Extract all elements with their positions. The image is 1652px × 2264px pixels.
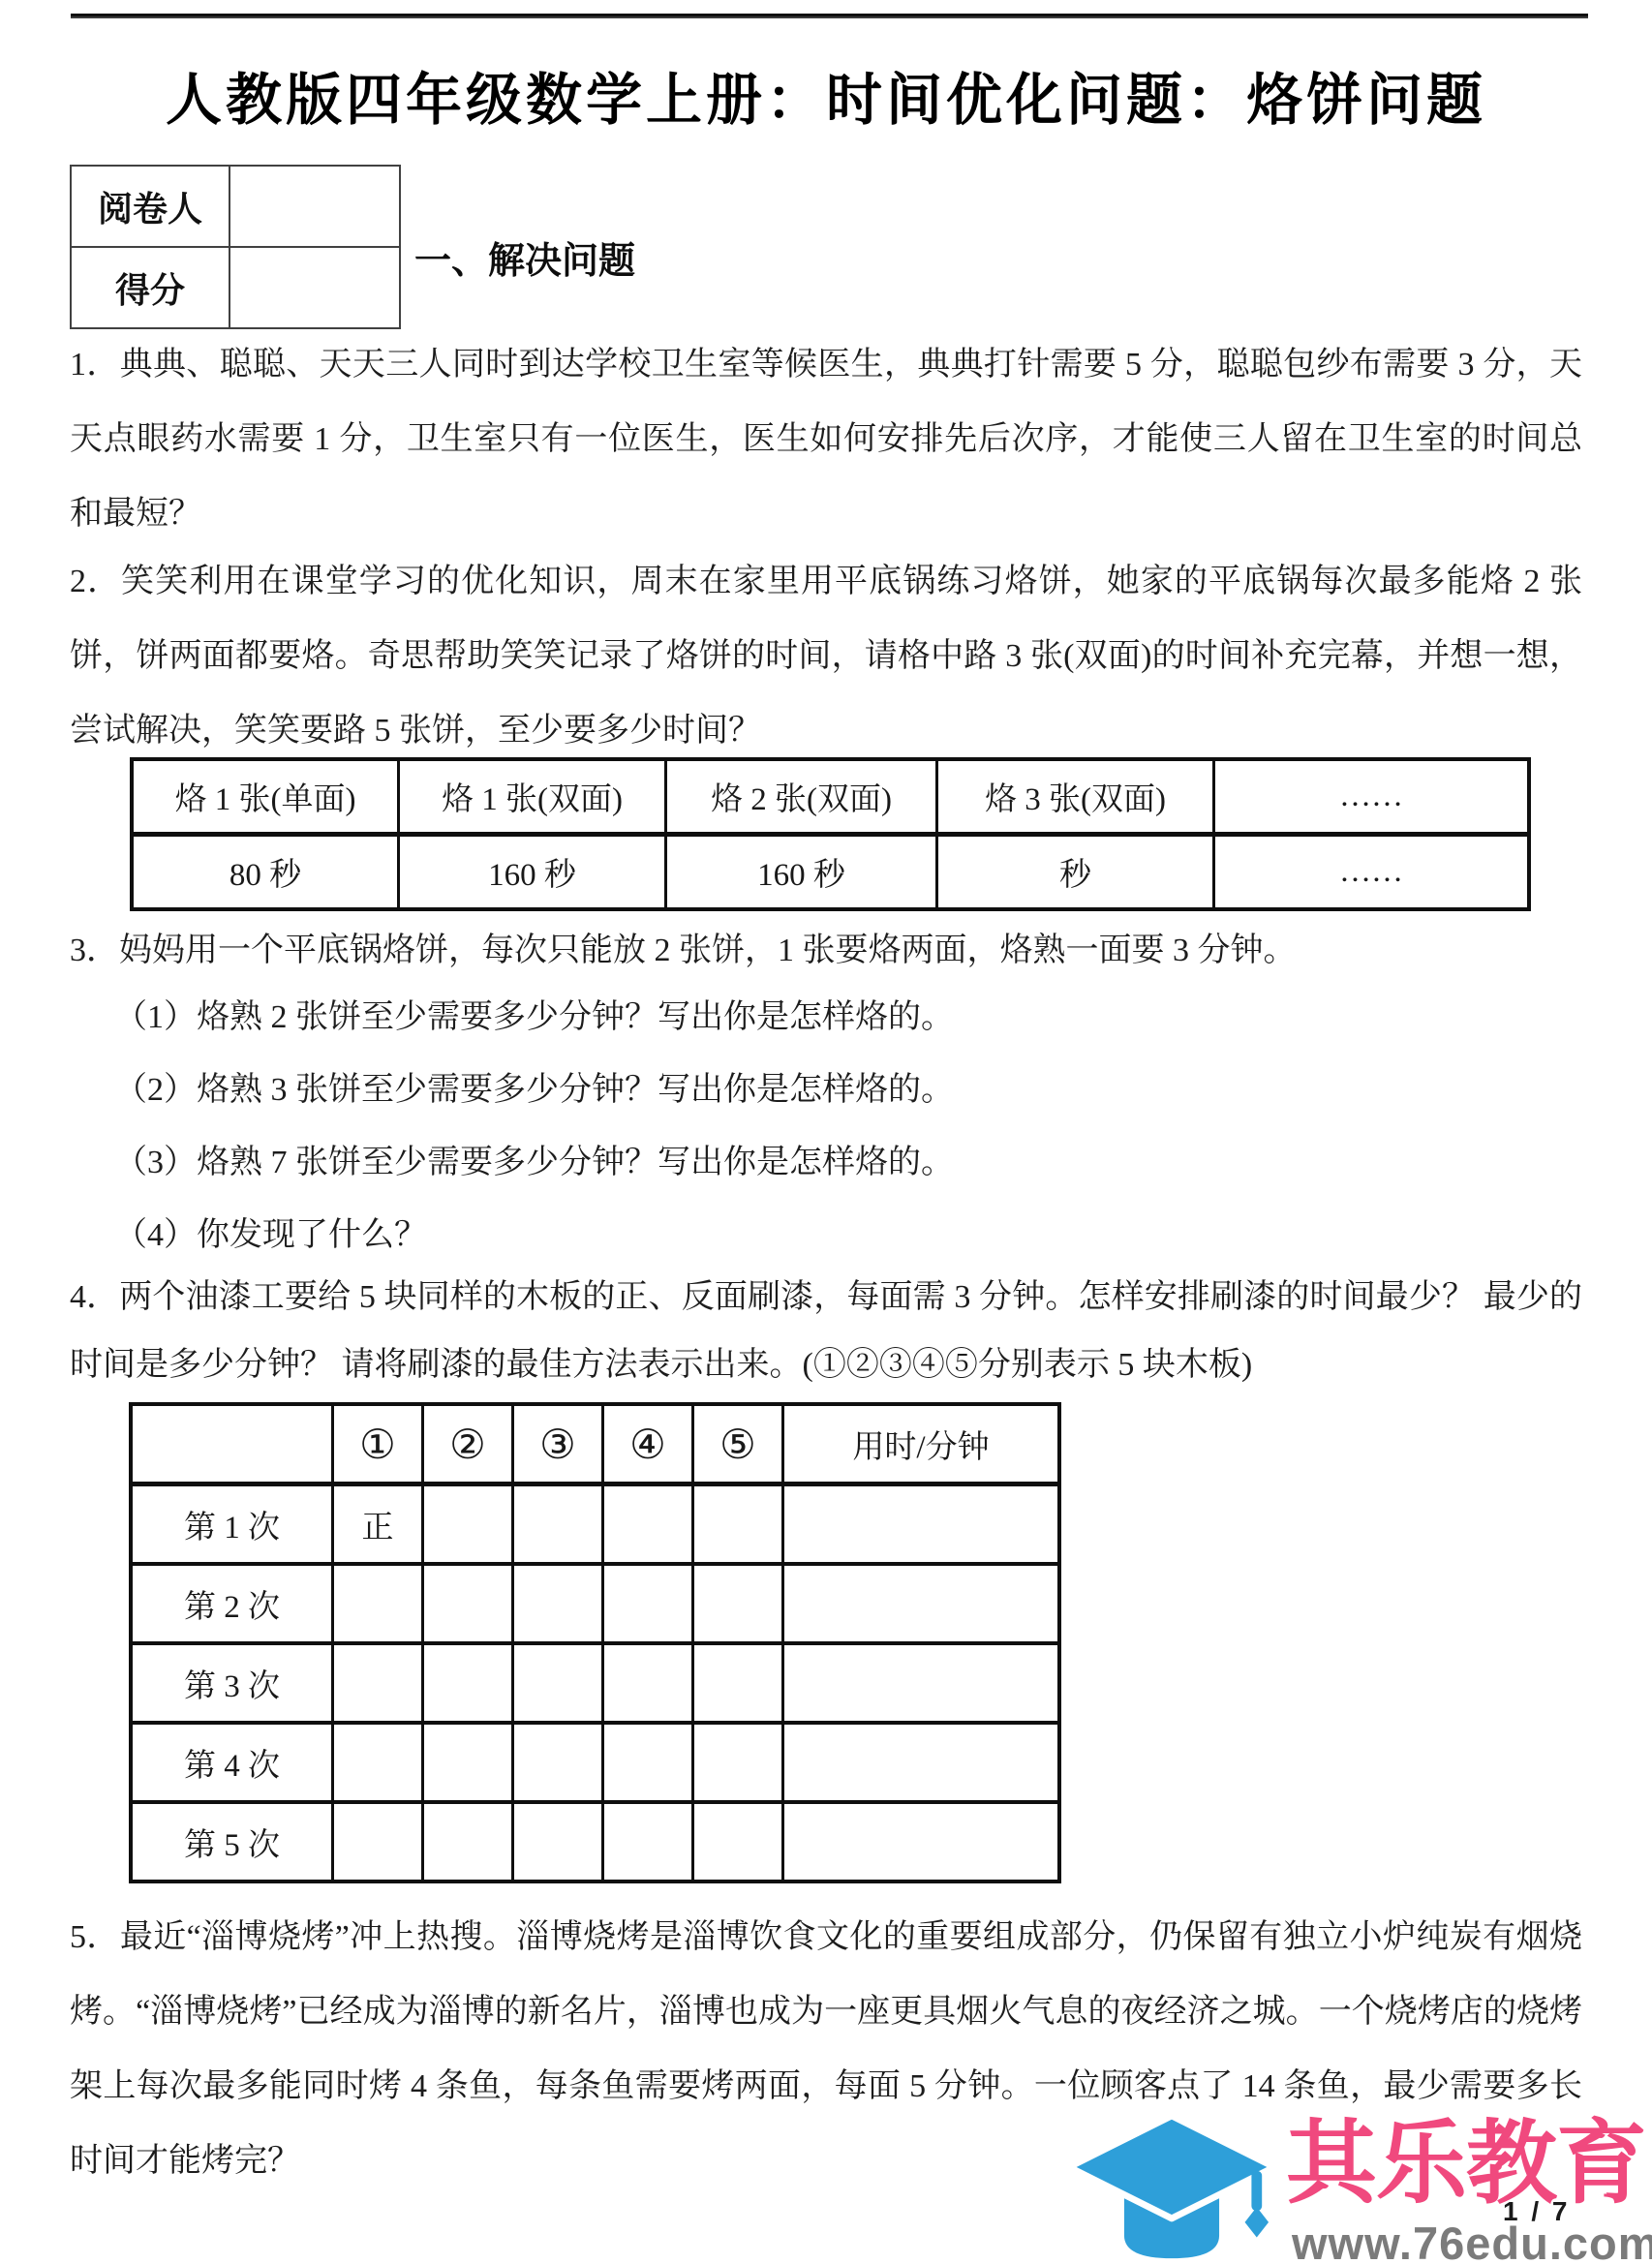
- paint-cell: [783, 1643, 1060, 1723]
- question-3-item: （2）烙熟 3 张饼至少需要多少分钟？写出你是怎样烙的。: [114, 1054, 1567, 1126]
- paint-row-label: 第 3 次: [131, 1643, 333, 1723]
- paint-row-3: 第 3 次: [131, 1643, 1059, 1723]
- paint-cell: [693, 1564, 783, 1643]
- paint-plan-table: ① ② ③ ④ ⑤ 用时/分钟 第 1 次 正 第 2 次 第 3 次: [129, 1402, 1061, 1883]
- question-3-item: （3）烙熟 7 张饼至少需要多少分钟？写出你是怎样烙的。: [114, 1126, 1567, 1199]
- question-1: 1．典典、聪聪、天天三人同时到达学校卫生室等候医生，典典打针需要 5 分，聪聪包…: [70, 327, 1582, 551]
- score-label-score: 得分: [71, 247, 229, 328]
- paint-cell: [333, 1723, 423, 1802]
- brand-name: 其乐教育: [1286, 2114, 1652, 2213]
- question-3-items: （1）烙熟 2 张饼至少需要多少分钟？写出你是怎样烙的。 （2）烙熟 3 张饼至…: [114, 981, 1567, 1271]
- brand-url: www.76edu.com: [1292, 2220, 1652, 2264]
- paint-cell: [783, 1484, 1060, 1565]
- pancake-value-cell: 80 秒: [132, 835, 399, 910]
- pancake-value-cell-blank: 秒: [937, 835, 1214, 910]
- paint-cell: 正: [333, 1484, 423, 1565]
- paint-cell: [603, 1723, 693, 1802]
- paint-row-5: 第 5 次: [131, 1802, 1059, 1882]
- paint-row-4: 第 4 次: [131, 1723, 1059, 1802]
- paint-cell: [513, 1723, 603, 1802]
- paint-cell: [603, 1564, 693, 1643]
- worksheet-page: 人教版四年级数学上册：时间优化问题：烙饼问题 阅卷人 得分 一、解决问题 1．典…: [0, 0, 1652, 2264]
- score-row: 阅卷人: [71, 166, 400, 247]
- paint-cell: [603, 1643, 693, 1723]
- page-title: 人教版四年级数学上册：时间优化问题：烙饼问题: [0, 54, 1652, 136]
- paint-row-2: 第 2 次: [131, 1564, 1059, 1643]
- pancake-header-cell: 烙 2 张(双面): [666, 759, 937, 835]
- paint-cell: [783, 1802, 1060, 1882]
- paint-col-header: ①: [333, 1404, 423, 1484]
- paint-corner-cell: [131, 1404, 333, 1484]
- paint-col-header: ⑤: [693, 1404, 783, 1484]
- question-3-item: （4）你发现了什么？: [114, 1199, 1567, 1271]
- paint-cell: [693, 1723, 783, 1802]
- question-4: 4．两个油漆工要给 5 块同样的木板的正、反面刷漆，每面需 3 分钟。怎样安排刷…: [70, 1264, 1582, 1399]
- paint-row-1: 第 1 次 正: [131, 1484, 1059, 1565]
- pancake-header-cell: 烙 1 张(双面): [399, 759, 666, 835]
- paint-header-row: ① ② ③ ④ ⑤ 用时/分钟: [131, 1404, 1059, 1484]
- pancake-value-row: 80 秒 160 秒 160 秒 秒 ……: [132, 835, 1529, 910]
- paint-cell: [603, 1484, 693, 1565]
- paint-row-label: 第 1 次: [131, 1484, 333, 1565]
- top-rule: [71, 14, 1588, 18]
- question-3-item: （1）烙熟 2 张饼至少需要多少分钟？写出你是怎样烙的。: [114, 981, 1567, 1054]
- paint-cell: [693, 1484, 783, 1565]
- score-row: 得分: [71, 247, 400, 328]
- paint-cell: [423, 1484, 513, 1565]
- pancake-value-cell: ……: [1214, 835, 1530, 910]
- pancake-header-cell: ……: [1214, 759, 1530, 835]
- pancake-header-cell: 烙 3 张(双面): [937, 759, 1214, 835]
- paint-cell: [513, 1564, 603, 1643]
- score-label-grader: 阅卷人: [71, 166, 229, 247]
- paint-cell: [333, 1643, 423, 1723]
- paint-cell: [333, 1802, 423, 1882]
- paint-cell: [783, 1564, 1060, 1643]
- pancake-time-table: 烙 1 张(单面) 烙 1 张(双面) 烙 2 张(双面) 烙 3 张(双面) …: [130, 757, 1531, 911]
- paint-row-label: 第 5 次: [131, 1802, 333, 1882]
- question-3-stem: 3．妈妈用一个平底锅烙饼，每次只能放 2 张饼，1 张要烙两面，烙熟一面要 3 …: [70, 913, 1582, 988]
- paint-cell: [423, 1564, 513, 1643]
- paint-cell: [603, 1802, 693, 1882]
- paint-cell: [693, 1643, 783, 1723]
- paint-cell: [693, 1802, 783, 1882]
- pancake-header-row: 烙 1 张(单面) 烙 1 张(双面) 烙 2 张(双面) 烙 3 张(双面) …: [132, 759, 1529, 835]
- score-table: 阅卷人 得分: [70, 165, 401, 329]
- paint-cell: [513, 1802, 603, 1882]
- paint-col-header: ④: [603, 1404, 693, 1484]
- paint-cell: [513, 1484, 603, 1565]
- paint-row-label: 第 4 次: [131, 1723, 333, 1802]
- paint-cell: [783, 1723, 1060, 1802]
- paint-col-header-time: 用时/分钟: [783, 1404, 1060, 1484]
- section-heading: 一、解决问题: [414, 230, 635, 284]
- score-value-cell: [229, 166, 400, 247]
- score-value-cell: [229, 247, 400, 328]
- paint-col-header: ②: [423, 1404, 513, 1484]
- question-2: 2．笑笑利用在课堂学习的优化知识，周末在家里用平底锅练习烙饼，她家的平底锅每次最…: [70, 544, 1582, 768]
- paint-cell: [513, 1643, 603, 1723]
- paint-cell: [333, 1564, 423, 1643]
- pancake-value-cell: 160 秒: [399, 835, 666, 910]
- brand-text: 其乐教育 www.76edu.com: [1286, 2114, 1652, 2264]
- graduation-cap-icon: [1067, 2114, 1276, 2264]
- pancake-value-cell: 160 秒: [666, 835, 937, 910]
- pancake-header-cell: 烙 1 张(单面): [132, 759, 399, 835]
- paint-cell: [423, 1723, 513, 1802]
- paint-row-label: 第 2 次: [131, 1564, 333, 1643]
- paint-cell: [423, 1643, 513, 1723]
- paint-col-header: ③: [513, 1404, 603, 1484]
- paint-cell: [423, 1802, 513, 1882]
- footer-brand: 其乐教育 www.76edu.com: [1067, 2114, 1648, 2264]
